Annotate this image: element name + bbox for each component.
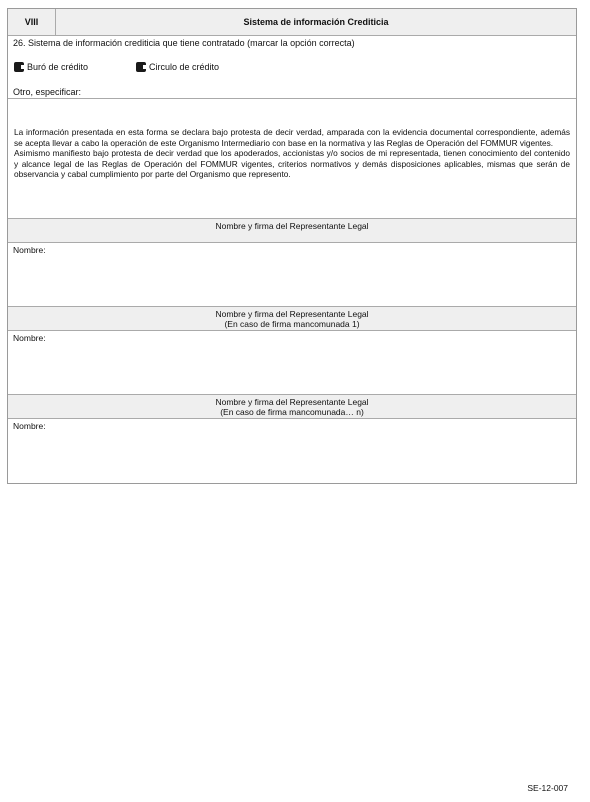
signature-header-title: Nombre y firma del Representante Legal xyxy=(8,397,576,407)
name-label: Nombre: xyxy=(13,333,46,343)
question-26: 26. Sistema de información crediticia qu… xyxy=(8,36,576,99)
declaration-paragraph-1: La información presentada en esta forma … xyxy=(14,127,570,148)
signature-header-title: Nombre y firma del Representante Legal xyxy=(8,221,576,231)
signature-header-3: Nombre y firma del Representante Legal (… xyxy=(8,395,576,419)
signature-header-title: Nombre y firma del Representante Legal xyxy=(8,309,576,319)
radio-button-icon[interactable] xyxy=(136,62,146,72)
signature-name-field-2[interactable]: Nombre: xyxy=(8,331,576,395)
option-label: Circulo de crédito xyxy=(149,62,219,72)
name-label: Nombre: xyxy=(13,421,46,431)
section-header: VIII Sistema de información Crediticia xyxy=(8,9,576,36)
credit-info-form: VIII Sistema de información Crediticia 2… xyxy=(7,8,577,484)
signature-header-subtitle: (En caso de firma mancomunada… n) xyxy=(8,407,576,417)
signature-name-field-3[interactable]: Nombre: xyxy=(8,419,576,483)
radio-button-icon[interactable] xyxy=(14,62,24,72)
option-buro-de-credito[interactable]: Buró de crédito xyxy=(14,62,88,72)
option-circulo-de-credito[interactable]: Circulo de crédito xyxy=(136,62,219,72)
option-label: Buró de crédito xyxy=(27,62,88,72)
signature-header-subtitle: (En caso de firma mancomunada 1) xyxy=(8,319,576,329)
other-specify-field[interactable]: Otro, especificar: xyxy=(13,87,81,97)
question-text: 26. Sistema de información crediticia qu… xyxy=(13,38,355,48)
document-code: SE-12-007 xyxy=(527,783,568,793)
section-number: VIII xyxy=(8,9,56,35)
declaration-paragraph-2: Asimismo manifiesto bajo protesta de dec… xyxy=(14,148,570,180)
declaration: La información presentada en esta forma … xyxy=(8,99,576,219)
section-title: Sistema de información Crediticia xyxy=(56,9,576,35)
name-label: Nombre: xyxy=(13,245,46,255)
signature-name-field-1[interactable]: Nombre: xyxy=(8,243,576,307)
signature-header-1: Nombre y firma del Representante Legal xyxy=(8,219,576,243)
signature-header-2: Nombre y firma del Representante Legal (… xyxy=(8,307,576,331)
